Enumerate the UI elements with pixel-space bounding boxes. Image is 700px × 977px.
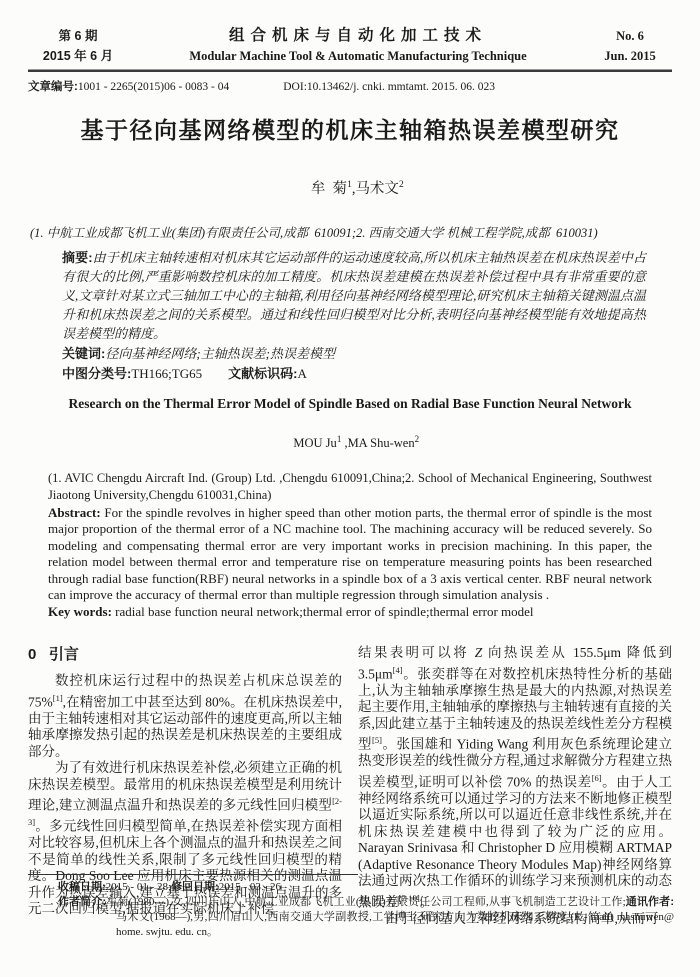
header-center: 组合机床与自动化加工技术 Modular Machine Tool & Auto… xyxy=(128,26,588,66)
journal-title-en: Modular Machine Tool & Automatic Manufac… xyxy=(128,46,588,66)
header-right: No. 6 Jun. 2015 xyxy=(588,26,672,66)
footnote-area: 收稿日期:2015 - 01 - 28;修回日期:2015 - 03 - 26 … xyxy=(28,874,674,940)
issue-date-cn: 2015 年 6 月 xyxy=(28,46,128,66)
author-en-1: MOU Ju xyxy=(293,436,336,450)
keywords-cn: 关键词:径向基神经网络;主轴热误差;热误差模型 xyxy=(62,344,646,363)
author-cn-2-affil-mark: 2 xyxy=(399,180,404,190)
header-left: 第 6 期 2015 年 6 月 xyxy=(28,26,128,66)
article-number: 文章编号:1001 - 2265(2015)06 - 0083 - 04 xyxy=(28,80,229,95)
issue-number-en: No. 6 xyxy=(588,26,672,46)
author-en-2-affil-mark: 2 xyxy=(415,434,420,444)
body-paragraph: 数控机床运行过程中的热误差占机床总误差的75%[1],在精密加工中甚至达到 80… xyxy=(28,673,342,760)
authors-en: MOU Ju1 ,MA Shu-wen2 xyxy=(28,415,672,467)
affiliation-cn: (1. 中航工业成都飞机工业(集团)有限责任公司,成都 610091;2. 西南… xyxy=(30,223,670,243)
author-cn-2: ,马术文 xyxy=(352,181,399,197)
issue-number-cn: 第 6 期 xyxy=(28,26,128,46)
abstract-cn: 摘要:由于机床主轴转速相对机床其它运动部件的运动速度较高,所以机床主轴热误差在机… xyxy=(62,248,646,343)
keywords-en: Key words: radial base function neural n… xyxy=(48,604,652,621)
article-title-en: Research on the Thermal Error Model of S… xyxy=(28,395,672,412)
section-heading-introduction: 0 引言 xyxy=(28,646,342,664)
author-en-2: ,MA Shu-wen xyxy=(341,436,414,450)
body-paragraph: 结果表明可以将 Z 向热误差从 155.5μm 降低到 3.5μm[4]。张奕群… xyxy=(358,645,672,911)
author-cn-1: 牟 菊 xyxy=(311,181,347,197)
article-number-value: 1001 - 2265(2015)06 - 0083 - 04 xyxy=(78,81,229,93)
journal-paper-page: 第 6 期 2015 年 6 月 组合机床与自动化加工技术 Modular Ma… xyxy=(0,0,700,977)
journal-title-cn: 组合机床与自动化加工技术 xyxy=(128,26,588,46)
article-meta-row: 文章编号:1001 - 2265(2015)06 - 0083 - 04 DOI… xyxy=(28,80,672,95)
authors-cn: 牟 菊1,马术文2 xyxy=(28,158,672,216)
article-number-label: 文章编号: xyxy=(28,81,78,93)
abstract-en: Abstract: For the spindle revolves in hi… xyxy=(48,505,652,604)
issue-date-en: Jun. 2015 xyxy=(588,46,672,66)
received-dates: 收稿日期:2015 - 01 - 28;修回日期:2015 - 03 - 26 xyxy=(28,880,674,895)
affiliation-en: (1. AVIC Chengdu Aircraft Ind. (Group) L… xyxy=(48,470,652,504)
doi: DOI:10.13462/j. cnki. mmtamt. 2015. 06. … xyxy=(283,80,495,95)
author-biography: 作者简介:牟菊(1980—),女,四川乐山人,中航工业成都飞机工业(集团)有限责… xyxy=(28,895,674,940)
journal-header: 第 6 期 2015 年 6 月 组合机床与自动化加工技术 Modular Ma… xyxy=(28,26,672,66)
header-rule xyxy=(28,69,672,72)
clc-number-line: 中图分类号:TH166;TG65 文献标识码:A xyxy=(62,364,646,383)
article-title-cn: 基于径向基网络模型的机床主轴箱热误差模型研究 xyxy=(28,115,672,145)
footnote-rule xyxy=(28,874,358,875)
